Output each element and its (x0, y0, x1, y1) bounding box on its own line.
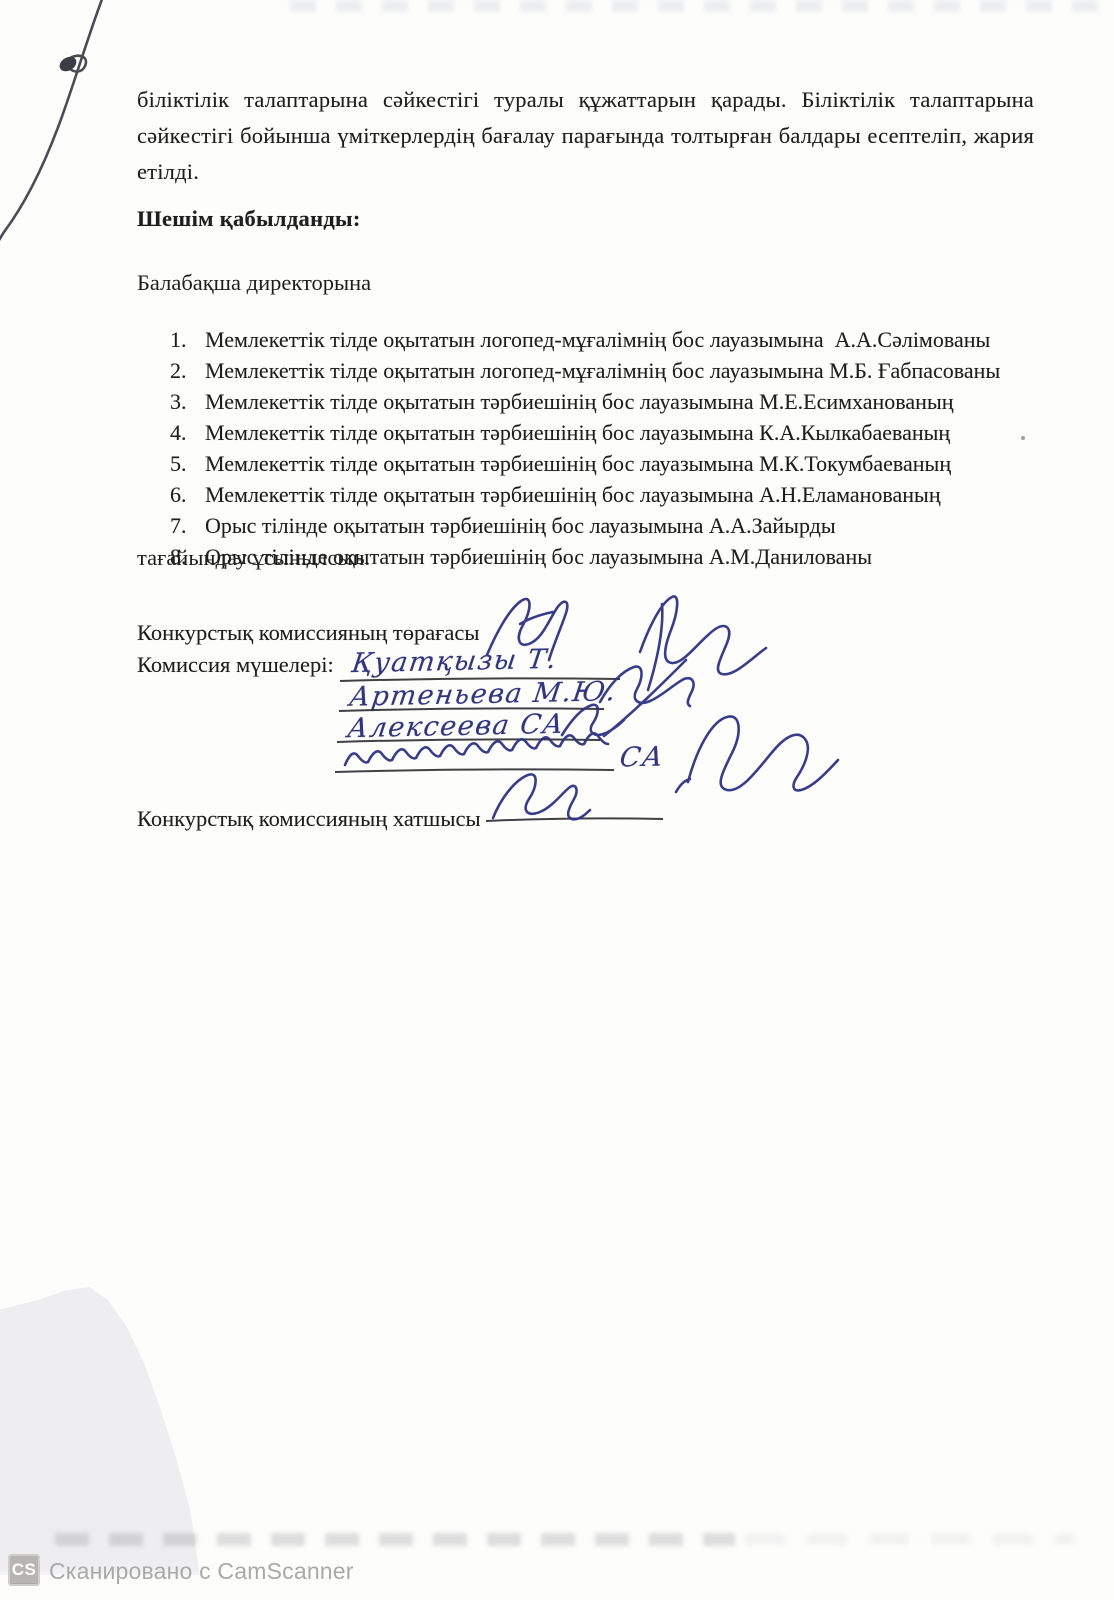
scan-shadow (0, 1255, 218, 1575)
member2-handwritten-name: Артеньева М.Ю. (347, 676, 618, 713)
addressee-line: Балабақша директорына (137, 270, 371, 296)
scanned-document-page: біліктілік талаптарына сәйкестігі туралы… (0, 0, 1114, 1600)
scan-speck (1021, 436, 1025, 440)
decision-heading: Шешім қабылданды: (137, 206, 361, 232)
member3-handwritten-name: Алексеева СА (346, 709, 567, 745)
camscanner-watermark-text: Сканировано с CamScanner (49, 1558, 354, 1585)
ink-overlay (0, 0, 1114, 1600)
scan-smudge-bottom-right (745, 1534, 1075, 1545)
paragraph-line: сәйкестігі бойынша үміткерлердің бағалау… (137, 118, 1034, 154)
member1-signature-ink (640, 596, 766, 690)
scan-smudge-bottom (55, 1533, 735, 1546)
member4-underline (335, 769, 614, 772)
secretary-underline (486, 818, 663, 821)
paragraph-line: етілді. (137, 154, 1034, 190)
scan-smudge-top (290, 0, 1100, 12)
camscanner-logo-icon: CS (8, 1554, 40, 1586)
member4-signature-ink (676, 716, 838, 792)
thread-artifact (0, 0, 104, 252)
camscanner-logo-text: CS (12, 1560, 37, 1580)
secretary-signature-ink (493, 774, 590, 819)
closing-line: тағайындау ұсынылсын. (137, 545, 370, 571)
member4-handwritten-initials: СА (618, 742, 667, 774)
paragraph-line: біліктілік талаптарына сәйкестігі туралы… (137, 82, 1034, 118)
member1-handwritten-name: Қуатқызы Т. (350, 644, 560, 679)
chairman-label: Конкурстық комиссияның төрағасы (137, 620, 480, 646)
members-label: Комиссия мүшелері: (137, 652, 334, 678)
secretary-label: Конкурстық комиссияның хатшысы (137, 806, 481, 832)
thread-knot (57, 54, 79, 75)
